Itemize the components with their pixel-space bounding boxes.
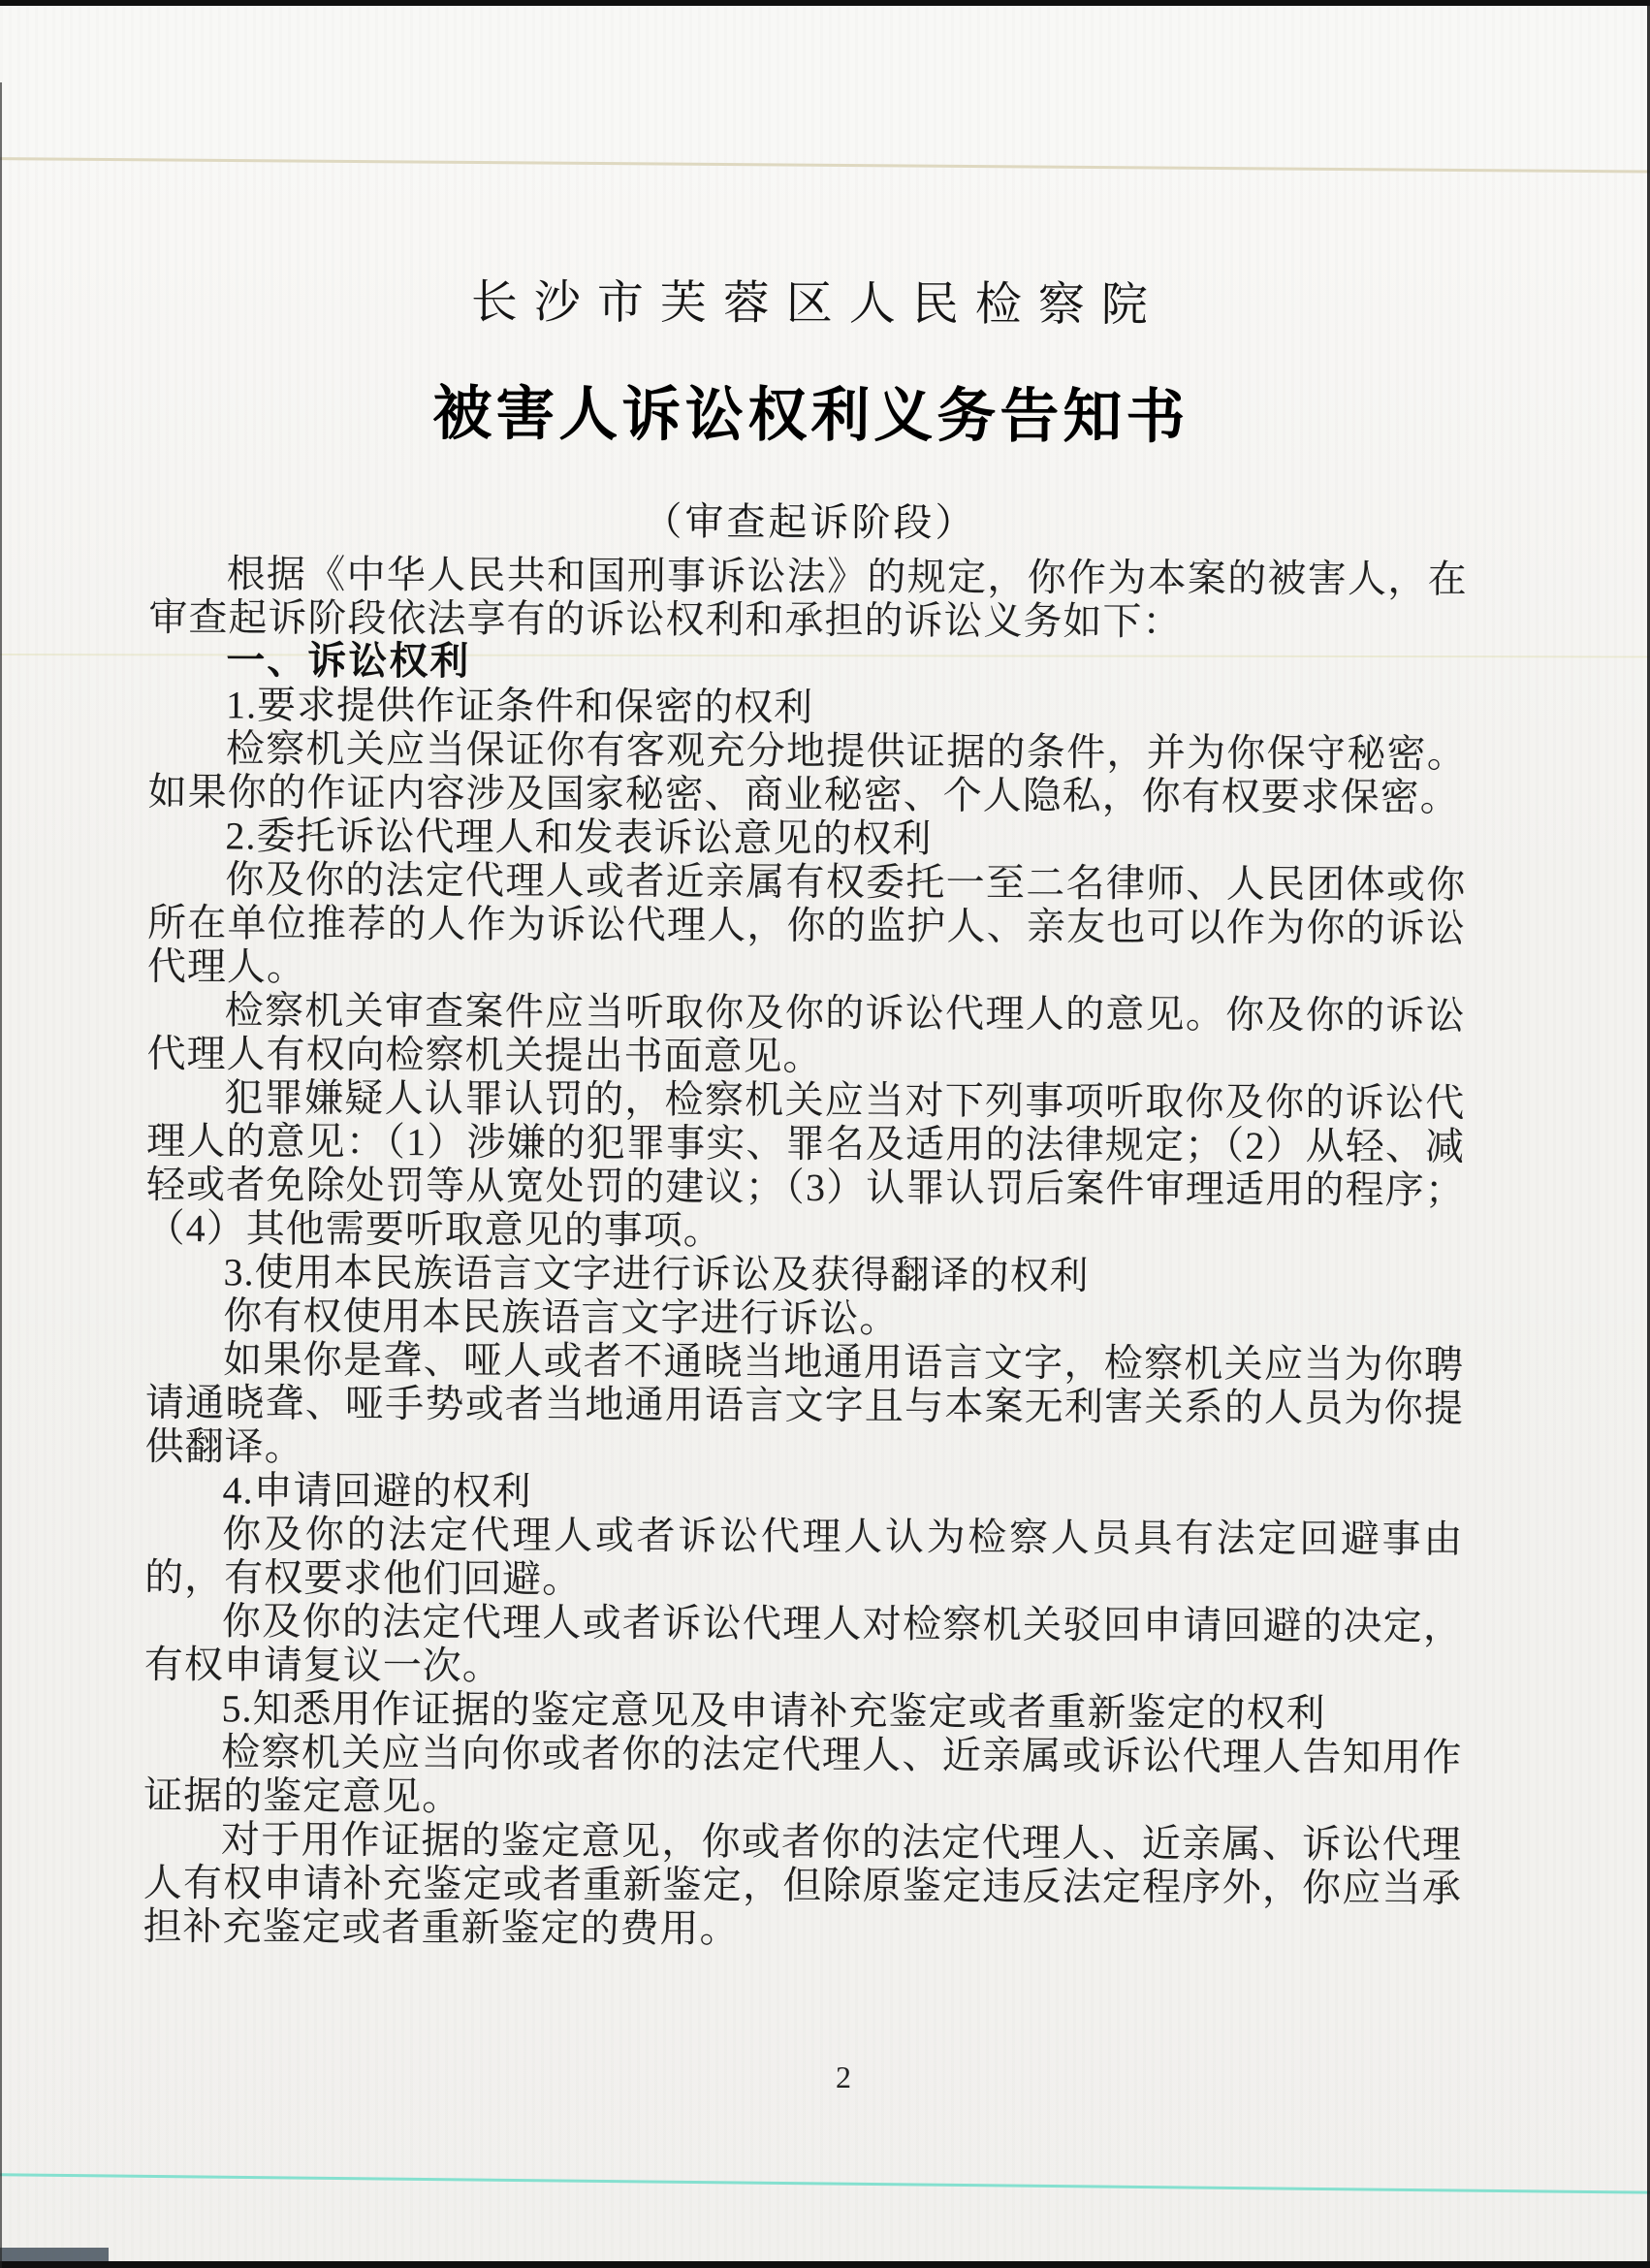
scan-smudge-bottom-left bbox=[0, 2248, 109, 2262]
document-body: 根据《中华人民共和国刑事诉讼法》的规定，你作为本案的被害人，在审查起诉阶段依法享… bbox=[143, 552, 1467, 1954]
paragraph: 检察机关应当向你或者你的法定代理人、近亲属或诉讼代理人告知用作证据的鉴定意见。 bbox=[143, 1730, 1462, 1823]
paragraph: 你及你的法定代理人或者诉讼代理人认为检察人员具有法定回避事由的，有权要求他们回避… bbox=[144, 1512, 1463, 1605]
item-heading-1: 1.要求提供作证条件和保密的权利 bbox=[148, 683, 1467, 732]
org-name: 长沙市芙蓉区人民检察院 bbox=[150, 276, 1469, 333]
scan-edge-top bbox=[0, 0, 1650, 6]
paragraph: 检察机关审查案件应当听取你及你的诉讼代理人的意见。你及你的诉讼代理人有权向检察机… bbox=[146, 988, 1465, 1081]
paragraph: 如果你是聋、哑人或者不通晓当地通用语言文字，检察机关应当为你聘请通晓聋、哑手势或… bbox=[145, 1337, 1465, 1474]
page-number: 2 bbox=[150, 2060, 1537, 2094]
section-heading-rights: 一、诉讼权利 bbox=[148, 639, 1467, 688]
paragraph: 你有权使用本民族语言文字进行诉讼。 bbox=[145, 1294, 1464, 1343]
item-heading-4: 4.申请回避的权利 bbox=[144, 1468, 1463, 1517]
document-subtitle: （审查起诉阶段） bbox=[149, 497, 1468, 548]
paragraph: 你及你的法定代理人或者近亲属有权委托一至二名律师、人民团体或你所在单位推荐的人作… bbox=[147, 857, 1467, 994]
document-title: 被害人诉讼权利义务告知书 bbox=[149, 379, 1468, 455]
paragraph: 你及你的法定代理人或者诉讼代理人对检察机关驳回申请回避的决定，有权申请复议一次。 bbox=[144, 1599, 1463, 1692]
paragraph-intro: 根据《中华人民共和国刑事诉讼法》的规定，你作为本案的被害人，在审查起诉阶段依法享… bbox=[148, 552, 1467, 645]
paragraph: 对于用作证据的鉴定意见，你或者你的法定代理人、近亲属、诉讼代理人有权申请补充鉴定… bbox=[143, 1817, 1462, 1954]
item-heading-3: 3.使用本民族语言文字进行诉讼及获得翻译的权利 bbox=[145, 1250, 1464, 1299]
scan-edge-left bbox=[0, 82, 2, 2268]
item-heading-5: 5.知悉用作证据的鉴定意见及申请补充鉴定或者重新鉴定的权利 bbox=[143, 1686, 1462, 1736]
paragraph: 犯罪嫌疑人认罪认罚的，检察机关应当对下列事项听取你及你的诉讼代理人的意见：（1）… bbox=[146, 1075, 1466, 1256]
scanned-page: 长沙市芙蓉区人民检察院 被害人诉讼权利义务告知书 （审查起诉阶段） 根据《中华人… bbox=[0, 0, 1650, 2268]
item-heading-2: 2.委托诉讼代理人和发表诉讼意见的权利 bbox=[147, 814, 1466, 863]
scan-edge-bottom bbox=[0, 2261, 1650, 2268]
scan-artifact-sheet-edge-top bbox=[0, 157, 1650, 174]
document-content: 长沙市芙蓉区人民检察院 被害人诉讼权利义务告知书 （审查起诉阶段） 根据《中华人… bbox=[143, 276, 1469, 1954]
paragraph: 检察机关应当保证你有客观充分地提供证据的条件，并为你保守秘密。如果你的作证内容涉… bbox=[148, 726, 1467, 819]
scan-artifact-sheet-edge-bottom bbox=[0, 2173, 1650, 2194]
